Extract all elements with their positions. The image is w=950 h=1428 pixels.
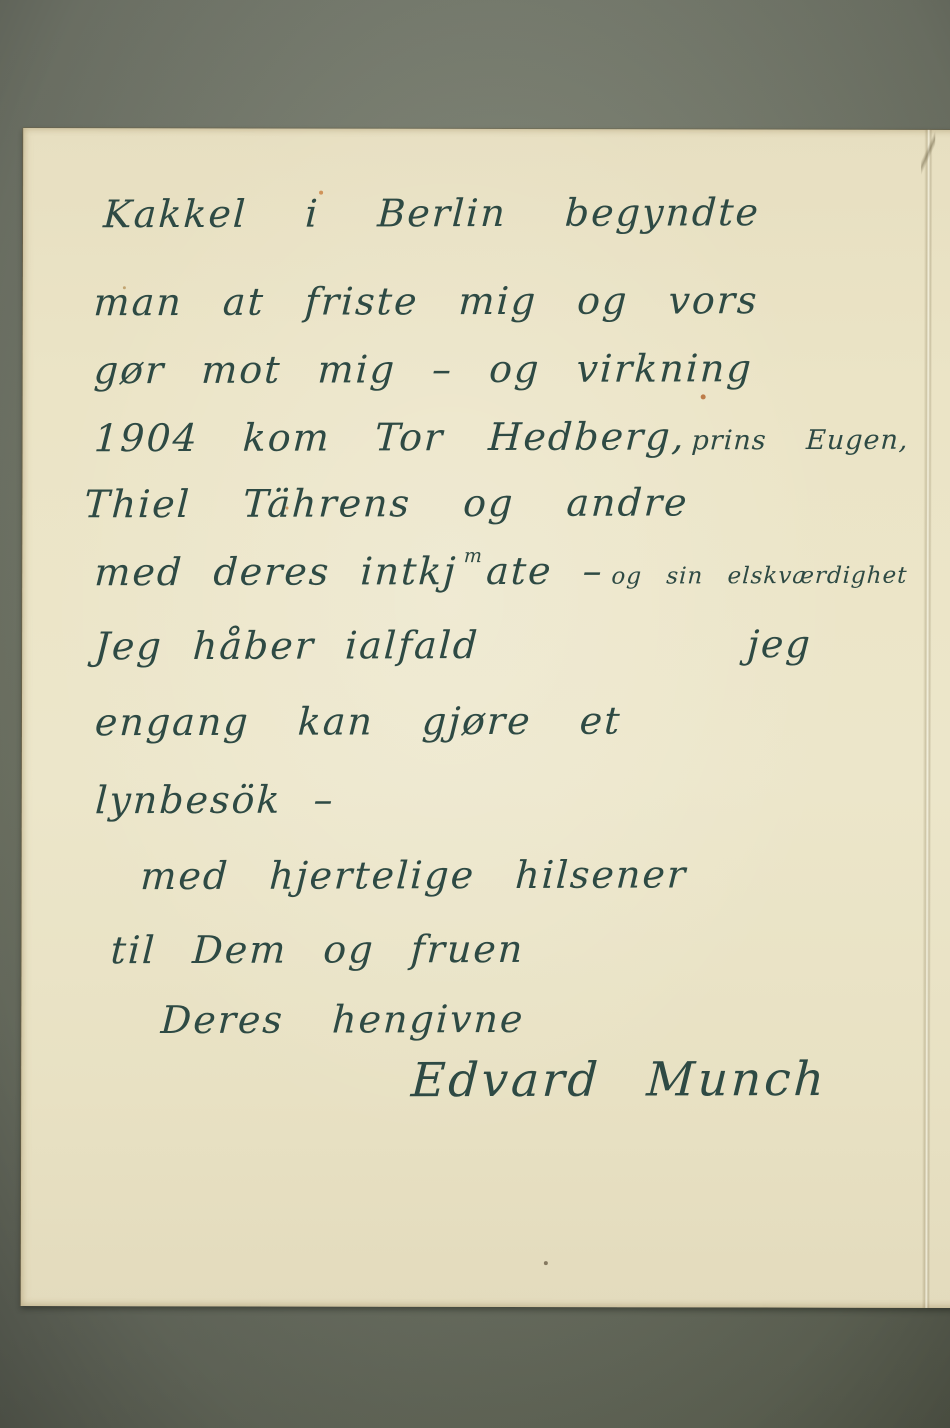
letter-line-2: man at friste mig og vors [93,278,760,324]
letter-line-8: engang kan gjøre et [94,699,623,745]
letter-valediction: Deres hengivne [160,997,526,1042]
letter-line-5: Thiel Tährens og andre [83,480,689,526]
letter-line-4: 1904 kom Tor Hedberg,prins Eugen, [93,414,910,461]
letter-line-6: med deres intkjmate –og sin elskværdighe… [93,548,908,595]
letter-line-1: Kakkel i Berlin begyndte [102,190,761,236]
letter-closing-line: med hjertelige hilsener [139,852,688,898]
letter-line-3: gør mot mig – og virkning [93,346,754,392]
letter-closing-line-2: til Dem og fruen [110,927,526,972]
line-4-tail: prins Eugen, [691,425,910,457]
line-4-main: 1904 kom Tor Hedberg, [93,414,687,460]
signature: Edvard Munch [410,1052,828,1108]
line-6-main: med deres intkj [93,549,458,594]
line-7-main: Jeg håber ialfald [94,623,481,668]
photo-of-letter: { "meta": { "description": "Scanned page… [0,0,950,1428]
letter-line-9: lynbesök – [94,778,336,823]
letter-paper: Kakkel i Berlin begyndte man at friste m… [21,128,950,1308]
line-6-mid: ate – [485,549,605,593]
letter-text-block: Kakkel i Berlin begyndte man at friste m… [20,128,950,1309]
line-6-tail: og sin elskværdighet [611,563,908,590]
line-6-inserted-word: m [463,545,484,567]
line-7-tail: jeg [746,622,813,666]
letter-line-7: Jeg håber ialfaldjeg [94,622,813,668]
